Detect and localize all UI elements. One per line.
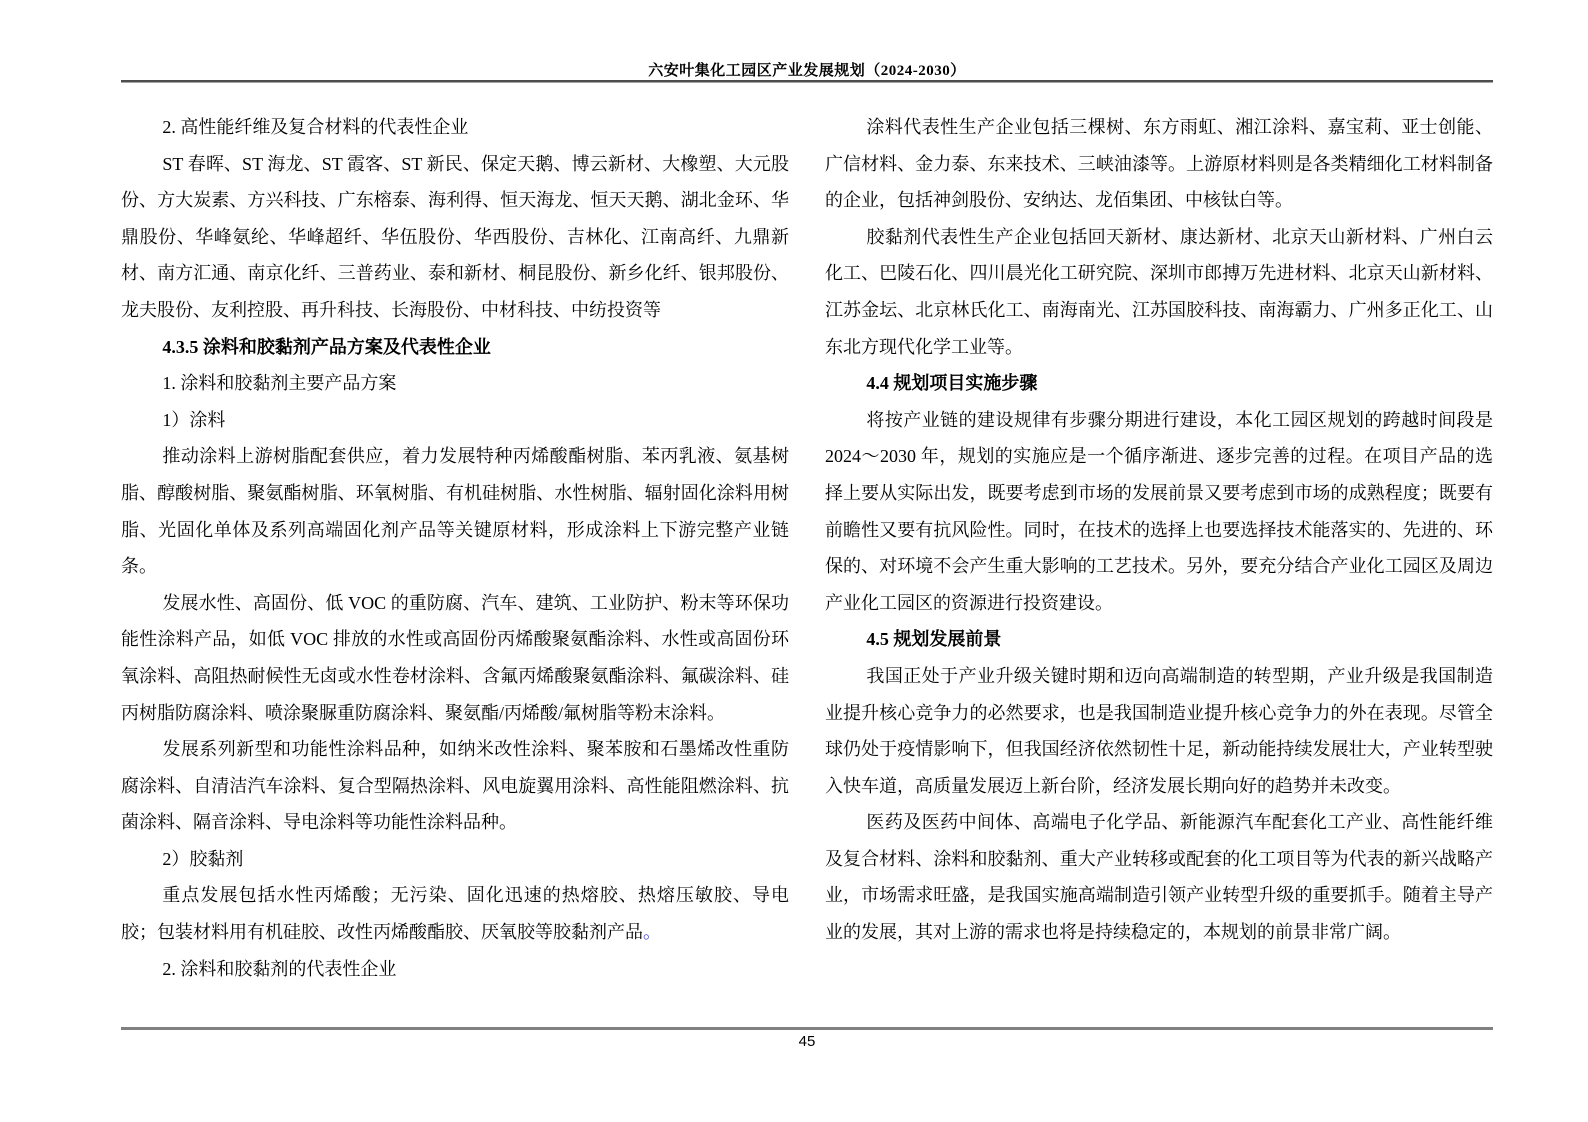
paragraph-fiber-company-list: ST 春晖、ST 海龙、ST 霞客、ST 新民、保定天鹅、博云新材、大橡塑、大元… [121,146,789,329]
item-heading-coatings: 1）涂料 [121,402,789,439]
paragraph-development-prospects-2: 医药及医药中间体、高端电子化学品、新能源汽车配套化工产业、高性能纤维及复合材料、… [825,804,1493,950]
paragraph-adhesive-rep-companies: 胶黏剂代表性生产企业包括回天新材、康达新材、北京天山新材料、广州白云化工、巴陵石… [825,219,1493,365]
section-heading-4-3-5: 4.3.5 涂料和胶黏剂产品方案及代表性企业 [121,329,789,366]
section-heading-4-4: 4.4 规划项目实施步骤 [825,365,1493,402]
paragraph-development-prospects-1: 我国正处于产业升级关键时期和迈向高端制造的转型期，产业升级是我国制造业提升核心竞… [825,658,1493,804]
paragraph-adhesives-text: 重点发展包括水性丙烯酸；无污染、固化迅速的热熔胶、热熔压敏胶、导电胶；包装材料用… [121,885,789,942]
paragraph-coating-rep-companies: 涂料代表性生产企业包括三棵树、东方雨虹、湘江涂料、嘉宝莉、亚士创能、广信材料、金… [825,109,1493,219]
left-column: 2. 高性能纤维及复合材料的代表性企业 ST 春晖、ST 海龙、ST 霞客、ST… [121,109,789,987]
section-heading-4-5: 4.5 规划发展前景 [825,621,1493,658]
paragraph-adhesives: 重点发展包括水性丙烯酸；无污染、固化迅速的热熔胶、热熔压敏胶、导电胶；包装材料用… [121,877,789,950]
item-heading-products-plan: 1. 涂料和胶黏剂主要产品方案 [121,365,789,402]
paragraph-implementation-steps: 将按产业链的建设规律有步骤分期进行建设，本化工园区规划的跨越时间段是 2024～… [825,402,1493,622]
paragraph-coatings-upstream: 推动涂料上游树脂配套供应，着力发展特种丙烯酸酯树脂、苯丙乳液、氨基树脂、醇酸树脂… [121,438,789,584]
document-page: 六安叶集化工园区产业发展规划（2024-2030） 2. 高性能纤维及复合材料的… [0,0,1588,1122]
paragraph-coatings-functional: 发展系列新型和功能性涂料品种，如纳米改性涂料、聚苯胺和石墨烯改性重防腐涂料、自清… [121,731,789,841]
page-number: 45 [121,1033,1493,1050]
two-column-body: 2. 高性能纤维及复合材料的代表性企业 ST 春晖、ST 海龙、ST 霞客、ST… [121,109,1493,987]
item-heading-adhesive-rep-companies: 2. 涂料和胶黏剂的代表性企业 [121,951,789,988]
header-rule [121,80,1493,82]
item-heading-fiber-rep-companies: 2. 高性能纤维及复合材料的代表性企业 [121,109,789,146]
paragraph-coatings-eco-products: 发展水性、高固份、低 VOC 的重防腐、汽车、建筑、工业防护、粉末等环保功能性涂… [121,585,789,731]
document-header-title: 六安叶集化工园区产业发展规划（2024-2030） [121,59,1493,80]
item-heading-adhesives: 2）胶黏剂 [121,841,789,878]
footer-rule [121,1027,1493,1030]
paragraph-adhesives-blue-period: 。 [643,922,661,942]
right-column: 涂料代表性生产企业包括三棵树、东方雨虹、湘江涂料、嘉宝莉、亚士创能、广信材料、金… [825,109,1493,987]
